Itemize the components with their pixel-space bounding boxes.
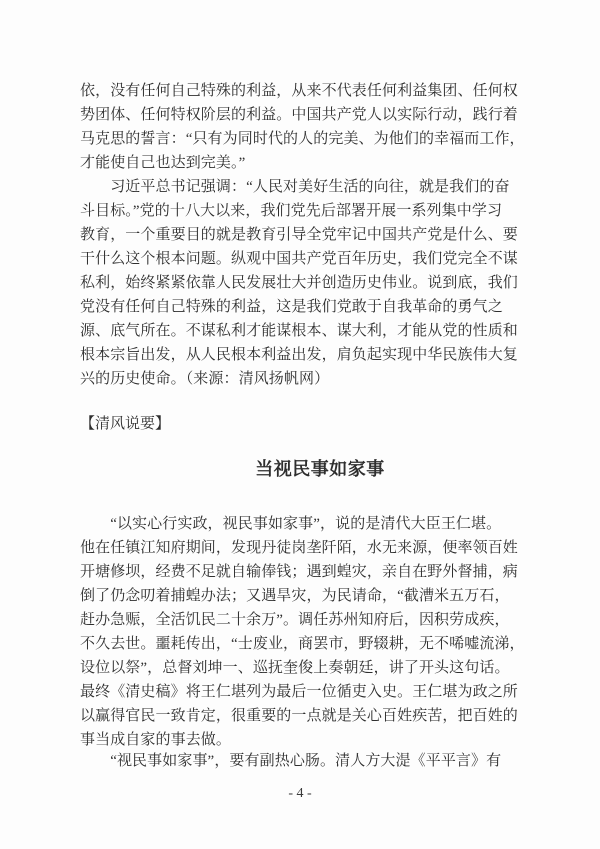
text-line: 以赢得官民一致肯定，很重要的一点就是关心百姓疾苦，把百姓的 (80, 704, 532, 728)
text-line: 干什么这个根本问题。纵观中国共产党百年历史，我们党完全不谋 (80, 247, 532, 271)
text-line: 习近平总书记强调：“人民对美好生活的向往，就是我们的奋 (80, 175, 532, 199)
section-label: 【清风说要】 (80, 412, 170, 436)
text-line: 教育，一个重要目的就是教育引导全党牢记中国共产党是什么、要 (80, 223, 532, 247)
text-line: 开塘修坝，经费不足就自输俸钱；遇到蝗灾，亲自在野外督捕，病 (80, 560, 532, 584)
text-line: “以实心行实政，视民事如家事”，说的是清代大臣王仁堪。 (80, 512, 532, 536)
text-line: 根本宗旨出发，从人民根本利益出发，肩负起实现中华民族伟大复 (80, 343, 532, 367)
text-line: 马克思的誓言：“只有为同时代的人的完美、为他们的幸福而工作， (80, 127, 532, 151)
text-line: 源、底气所在。不谋私利才能谋根本、谋大利，才能从党的性质和 (80, 319, 532, 343)
article-title: 当视民事如家事 (94, 456, 546, 482)
text-line: 设位以祭”，总督刘坤一、巡抚奎俊上奏朝廷，讲了开头这句话。 (80, 656, 532, 680)
text-line: 最终《清史稿》将王仁堪列为最后一位循吏入史。王仁堪为政之所 (80, 680, 532, 704)
text-line: 斗目标。”党的十八大以来，我们党先后部署开展一系列集中学习 (80, 199, 532, 223)
text-line: 依，没有任何自己特殊的利益，从来不代表任何利益集团、任何权 (80, 79, 532, 103)
text-line: 党没有任何自己特殊的利益，这是我们党敢于自我革命的勇气之 (80, 295, 532, 319)
text-line: 他在任镇江知府期间，发现丹徒岗垄阡陌，水无来源，便率领百姓 (80, 536, 532, 560)
closing-text-block: “视民事如家事”，要有副热心肠。清人方大湜《平平言》有 (80, 749, 532, 773)
text-line: 才能使自己也达到完美。” (80, 151, 532, 175)
text-line: 倒了仍念叨着捕蝗办法；又遇旱灾，为民请命，“截漕米五万石， (80, 584, 532, 608)
text-line: 势团体、任何特权阶层的利益。中国共产党人以实际行动，践行着 (80, 103, 532, 127)
article-text-block: “以实心行实政，视民事如家事”，说的是清代大臣王仁堪。 他在任镇江知府期间，发现… (80, 512, 532, 752)
page-number: - 4 - (0, 784, 600, 804)
text-line: 兴的历史使命。（来源：清风扬帆网） (80, 367, 532, 391)
body-text-block-1: 依，没有任何自己特殊的利益，从来不代表任何利益集团、任何权 势团体、任何特权阶层… (80, 79, 532, 391)
text-line: “视民事如家事”，要有副热心肠。清人方大湜《平平言》有 (80, 749, 532, 773)
text-line: 不久去世。噩耗传出，“士废业，商罢市，野辍耕，无不唏嘘流涕， (80, 632, 532, 656)
document-page: 依，没有任何自己特殊的利益，从来不代表任何利益集团、任何权 势团体、任何特权阶层… (0, 0, 600, 849)
text-line: 私利，始终紧紧依靠人民发展壮大并创造历史伟业。说到底，我们 (80, 271, 532, 295)
text-line: 赶办急赈，全活饥民二十余万”。调任苏州知府后，因积劳成疾， (80, 608, 532, 632)
